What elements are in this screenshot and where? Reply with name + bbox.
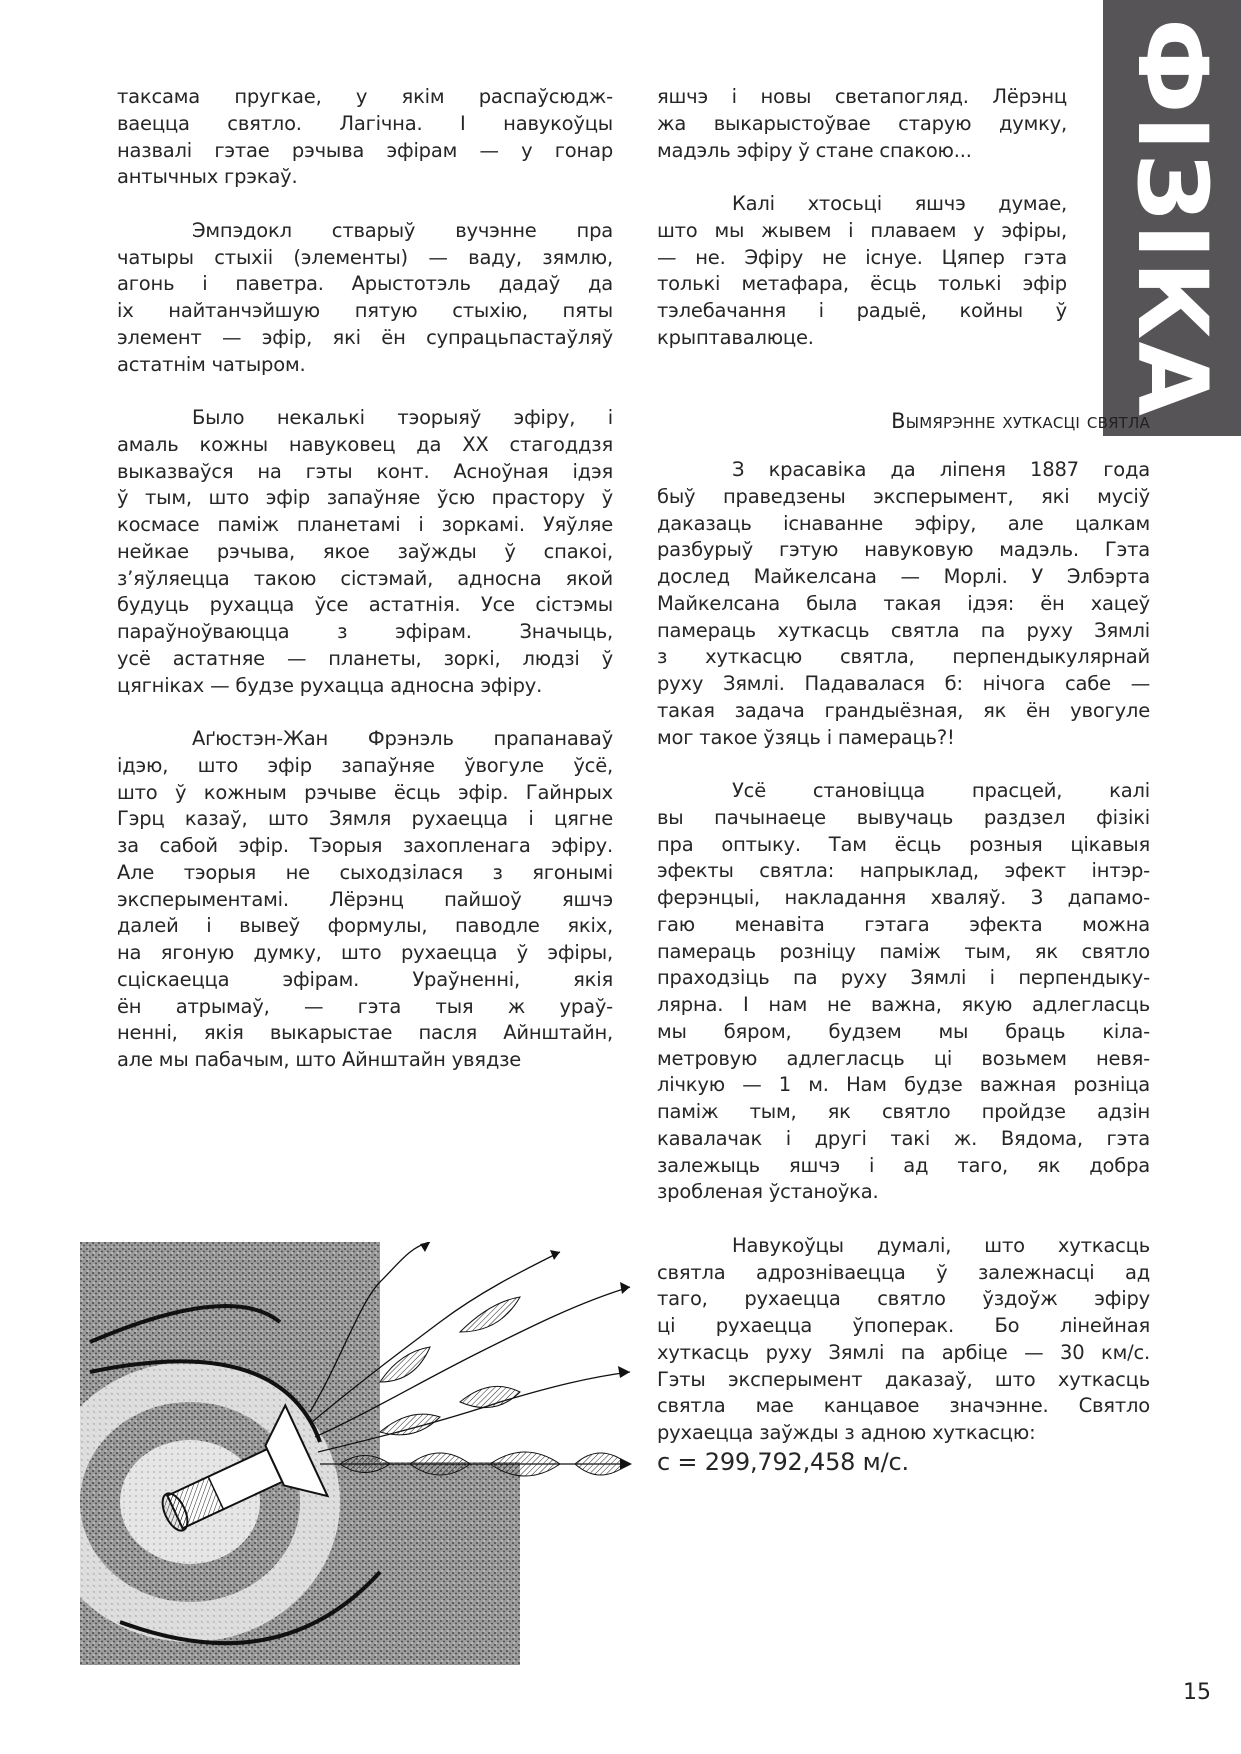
text-line: Аґюстэн-Жан Фрэнэль прапанаваў <box>117 726 613 753</box>
text-line: даказаць існаванне эфіру, але цалкам <box>657 511 1150 538</box>
right-column: З красавіка да ліпеня 1887 годабыў праве… <box>657 457 1150 1477</box>
text-line: Але тэорыя не сыходзілася з ягонымі <box>117 860 613 887</box>
text-line: сціскаецца эфірам. Ураўненні, якія <box>117 967 613 994</box>
text-line: святла мае канцавое значэнне. Святло <box>657 1393 1150 1420</box>
text-line: іх найтанчэйшую пятую стыхію, пяты <box>117 298 613 325</box>
text-line: агонь і паветра. Арыстотэль дадаў да <box>117 271 613 298</box>
text-line: параўноўваюцца з эфірам. Значыць, <box>117 619 613 646</box>
text-line: Майкелсана была такая ідэя: ён хацеў <box>657 591 1150 618</box>
text-line: кавалачак і другі такі ж. Вядома, гэта <box>657 1126 1150 1153</box>
text-line: выказваўся на гэты конт. Асноўная ідэя <box>117 459 613 486</box>
illustration-flashlight-waves <box>80 1242 638 1665</box>
text-line: памераць розніцу паміж тым, як святло <box>657 939 1150 966</box>
left-column: таксама пругкае, у якім распаўсюдж-ваецц… <box>117 84 613 1074</box>
paragraph: Эмпэдокл стварыў вучэнне прачатыры стыхі… <box>117 218 613 379</box>
text-line: амаль кожны навуковец да XX стагоддзя <box>117 432 613 459</box>
text-line: ён атрымаў, — гэта тыя ж ураў- <box>117 994 613 1021</box>
text-line: Эмпэдокл стварыў вучэнне пра <box>117 218 613 245</box>
text-line: мы бяром, будзем мы браць кіла- <box>657 1019 1150 1046</box>
text-line: Гэрц казаў, што Зямля рухаецца і цягне <box>117 806 613 833</box>
text-line: што мы жывем і плаваем у эфіры, <box>657 218 1067 245</box>
paragraph: Навукоўцы думалі, што хуткасцьсвятла адр… <box>657 1233 1150 1447</box>
text-line: лярна. І нам не важна, якую адлегласць <box>657 992 1150 1019</box>
text-line: вы пачынаеце вывучаць раздзел фізікі <box>657 805 1150 832</box>
text-line: З красавіка да ліпеня 1887 года <box>657 457 1150 484</box>
text-line: элемент — эфір, які ён супрацьпастаўляў <box>117 325 613 352</box>
text-line: з хуткасцю святла, перпендыкулярнай <box>657 644 1150 671</box>
paragraph-gap <box>657 751 1150 778</box>
section-heading: Вымярэнне хуткасці святла <box>657 409 1150 433</box>
text-line: пра оптыку. Там ёсць розныя цікавыя <box>657 832 1150 859</box>
section-banner: ФІЗІКА <box>1103 0 1241 436</box>
text-line: — не. Эфіру не існуе. Цяпер гэта <box>657 245 1067 272</box>
text-line: мадэль эфіру ў стане спакою... <box>657 138 1067 165</box>
paragraph-gap <box>117 699 613 726</box>
text-line: Навукоўцы думалі, што хуткасць <box>657 1233 1150 1260</box>
text-line: руху Зямлі. Падавалася б: нічога сабе — <box>657 671 1150 698</box>
text-line: таксама пругкае, у якім распаўсюдж- <box>117 84 613 111</box>
text-line: ідэю, што эфір запаўняе ўвогуле ўсё, <box>117 753 613 780</box>
text-line: далей і вывеў формулы, паводле якіх, <box>117 913 613 940</box>
text-line: мог такое ўзяць і памераць?! <box>657 725 1150 752</box>
text-line: эксперыментамі. Лёрэнц пайшоў яшчэ <box>117 887 613 914</box>
text-line: праходзіць па руху Зямлі і перпендыку- <box>657 965 1150 992</box>
text-line: чатыры стыхіі (элементы) — ваду, зямлю, <box>117 245 613 272</box>
text-line: усё астатняе — планеты, зоркі, людзі ў <box>117 646 613 673</box>
text-line: лічкую — 1 м. Нам будзе важная розніца <box>657 1072 1150 1099</box>
text-line: астатнім чатыром. <box>117 352 613 379</box>
text-line: хуткасць руху Зямлі па арбіце — 30 км/с. <box>657 1340 1150 1367</box>
text-line: ваецца святло. Лагічна. І навукоўцы <box>117 111 613 138</box>
paragraph: З красавіка да ліпеня 1887 годабыў праве… <box>657 457 1150 751</box>
right-column-top: яшчэ і новы светапогляд. Лёрэнцжа выкары… <box>657 84 1067 352</box>
paragraph-gap <box>117 378 613 405</box>
text-line: крыптавалюце. <box>657 325 1067 352</box>
text-line: назвалі гэтае рэчыва эфірам — у гонар <box>117 138 613 165</box>
text-line: толькі метафара, ёсць толькі эфір <box>657 271 1067 298</box>
paragraph: Калі хтосьці яшчэ думае,што мы жывем і п… <box>657 191 1067 352</box>
text-line: святла адрозніваецца ў залежнасці ад <box>657 1260 1150 1287</box>
text-line: метровую адлегласць ці возьмем невя- <box>657 1046 1150 1073</box>
text-line: яшчэ і новы светапогляд. Лёрэнц <box>657 84 1067 111</box>
paragraph-gap <box>657 1206 1150 1233</box>
text-line: нейкае рэчыва, якое заўжды ў спакоі, <box>117 539 613 566</box>
text-line: Было некалькі тэорыяў эфіру, і <box>117 405 613 432</box>
text-line: разбурыў гэтую навуковую мадэль. Гэта <box>657 537 1150 564</box>
paragraph: Усё становіцца прасцей, калівы пачынаеце… <box>657 778 1150 1206</box>
text-line: жа выкарыстоўвае старую думку, <box>657 111 1067 138</box>
text-line: паміж тым, як святло пройдзе адзін <box>657 1099 1150 1126</box>
text-line: таго, рухаецца святло ўздоўж эфіру <box>657 1286 1150 1313</box>
text-line: тэлебачання і радыё, койны ў <box>657 298 1067 325</box>
paragraph: Было некалькі тэорыяў эфіру, іамаль кожн… <box>117 405 613 699</box>
text-line: ферэнцыі, накладання хваляў. З дапамо- <box>657 885 1150 912</box>
text-line: Усё становіцца прасцей, калі <box>657 778 1150 805</box>
text-line: але мы пабачым, што Айнштайн увядзе <box>117 1047 613 1074</box>
page-number: 15 <box>1183 1680 1211 1705</box>
text-line: такая задача грандыёзная, як ён увогуле <box>657 698 1150 725</box>
paragraph: таксама пругкае, у якім распаўсюдж-ваецц… <box>117 84 613 191</box>
speed-of-light-formula: c = 299,792,458 м/с. <box>657 1447 1150 1477</box>
text-line: ненні, якія выкарыстае пасля Айнштайн, <box>117 1020 613 1047</box>
text-line: залежыць яшчэ і ад таго, як добра <box>657 1153 1150 1180</box>
text-line: быў праведзены эксперымент, які мусіў <box>657 484 1150 511</box>
paragraph-gap <box>117 191 613 218</box>
text-line: цягніках — будзе рухацца адносна эфіру. <box>117 673 613 700</box>
text-line: ці рухаецца ўпоперак. Бо лінейная <box>657 1313 1150 1340</box>
paragraph: Аґюстэн-Жан Фрэнэль прапанаваўідэю, што … <box>117 726 613 1074</box>
text-line: Калі хтосьці яшчэ думае, <box>657 191 1067 218</box>
text-line: Гэты эксперымент даказаў, што хуткасць <box>657 1367 1150 1394</box>
text-line: гаю менавіта гэтага эфекта можна <box>657 912 1150 939</box>
text-line: з’яўляецца такою сістэмай, адносна якой <box>117 566 613 593</box>
text-line: рухаецца заўжды з адною хуткасцю: <box>657 1420 1150 1447</box>
text-line: зробленая ўстаноўка. <box>657 1179 1150 1206</box>
text-line: ў тым, што эфір запаўняе ўсю прастору ў <box>117 485 613 512</box>
text-line: што ў кожным рэчыве ёсць эфір. Гайнрых <box>117 780 613 807</box>
paragraph-gap <box>657 164 1067 191</box>
text-line: космасе паміж планетамі і зоркамі. Уяўля… <box>117 512 613 539</box>
text-line: будуць рухацца ўсе астатнія. Усе сістэмы <box>117 592 613 619</box>
flashlight-waves-image <box>80 1242 638 1665</box>
section-label: ФІЗІКА <box>1124 18 1220 418</box>
text-line: антычных грэкаў. <box>117 164 613 191</box>
text-line: за сабой эфір. Тэорыя захопленага эфіру. <box>117 833 613 860</box>
paragraph: яшчэ і новы светапогляд. Лёрэнцжа выкары… <box>657 84 1067 164</box>
text-line: дослед Майкелсана — Морлі. У Элбэрта <box>657 564 1150 591</box>
text-line: эфекты святла: напрыклад, эфект інтэр- <box>657 858 1150 885</box>
text-line: на ягоную думку, што рухаецца ў эфіры, <box>117 940 613 967</box>
text-line: памераць хуткасць святла па руху Зямлі <box>657 618 1150 645</box>
